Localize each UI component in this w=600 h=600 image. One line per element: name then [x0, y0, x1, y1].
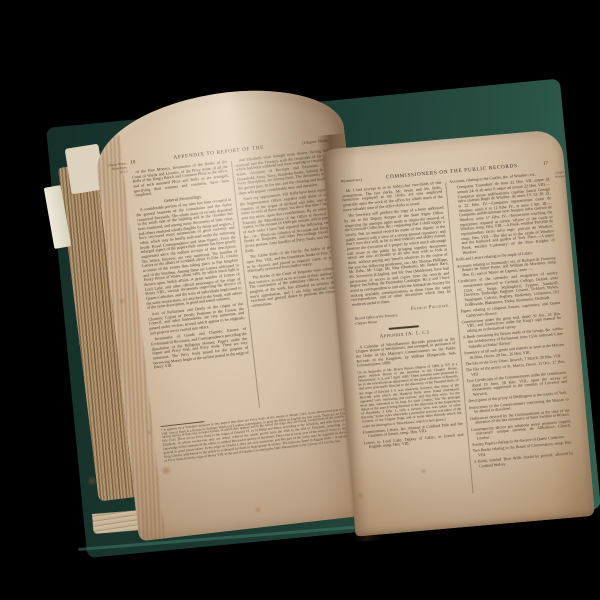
- section-divider-rule: [389, 325, 419, 329]
- calendar-sub-entries: Computus 'Custodum' de anno 22 Hen. VII.…: [450, 178, 556, 257]
- right-page: Chapter House, Westminster. Westminster.…: [322, 129, 595, 536]
- left-column-1: of the Fine Moneys, Inventories of the B…: [131, 160, 255, 421]
- paragraph: The Secretary will produce the copy of a…: [344, 206, 452, 308]
- right-page-columns: Mr. I laid (except as to an Index) but t…: [342, 171, 577, 504]
- right-page-number: 17: [543, 161, 548, 166]
- bracketed-note: [In an Appendix to Mr. Rose's Return (Re…: [357, 362, 462, 428]
- paragraph: A considerable portion of my time has be…: [136, 198, 243, 311]
- right-catchword: Westminster.]: [341, 178, 363, 184]
- left-catchword: [Chapter House,: [302, 138, 329, 145]
- right-page-text-block: Chapter House, Westminster. Westminster.…: [341, 160, 577, 504]
- book-photograph: Chapter House, Westminster. (A. 1.) 16 A…: [0, 0, 600, 600]
